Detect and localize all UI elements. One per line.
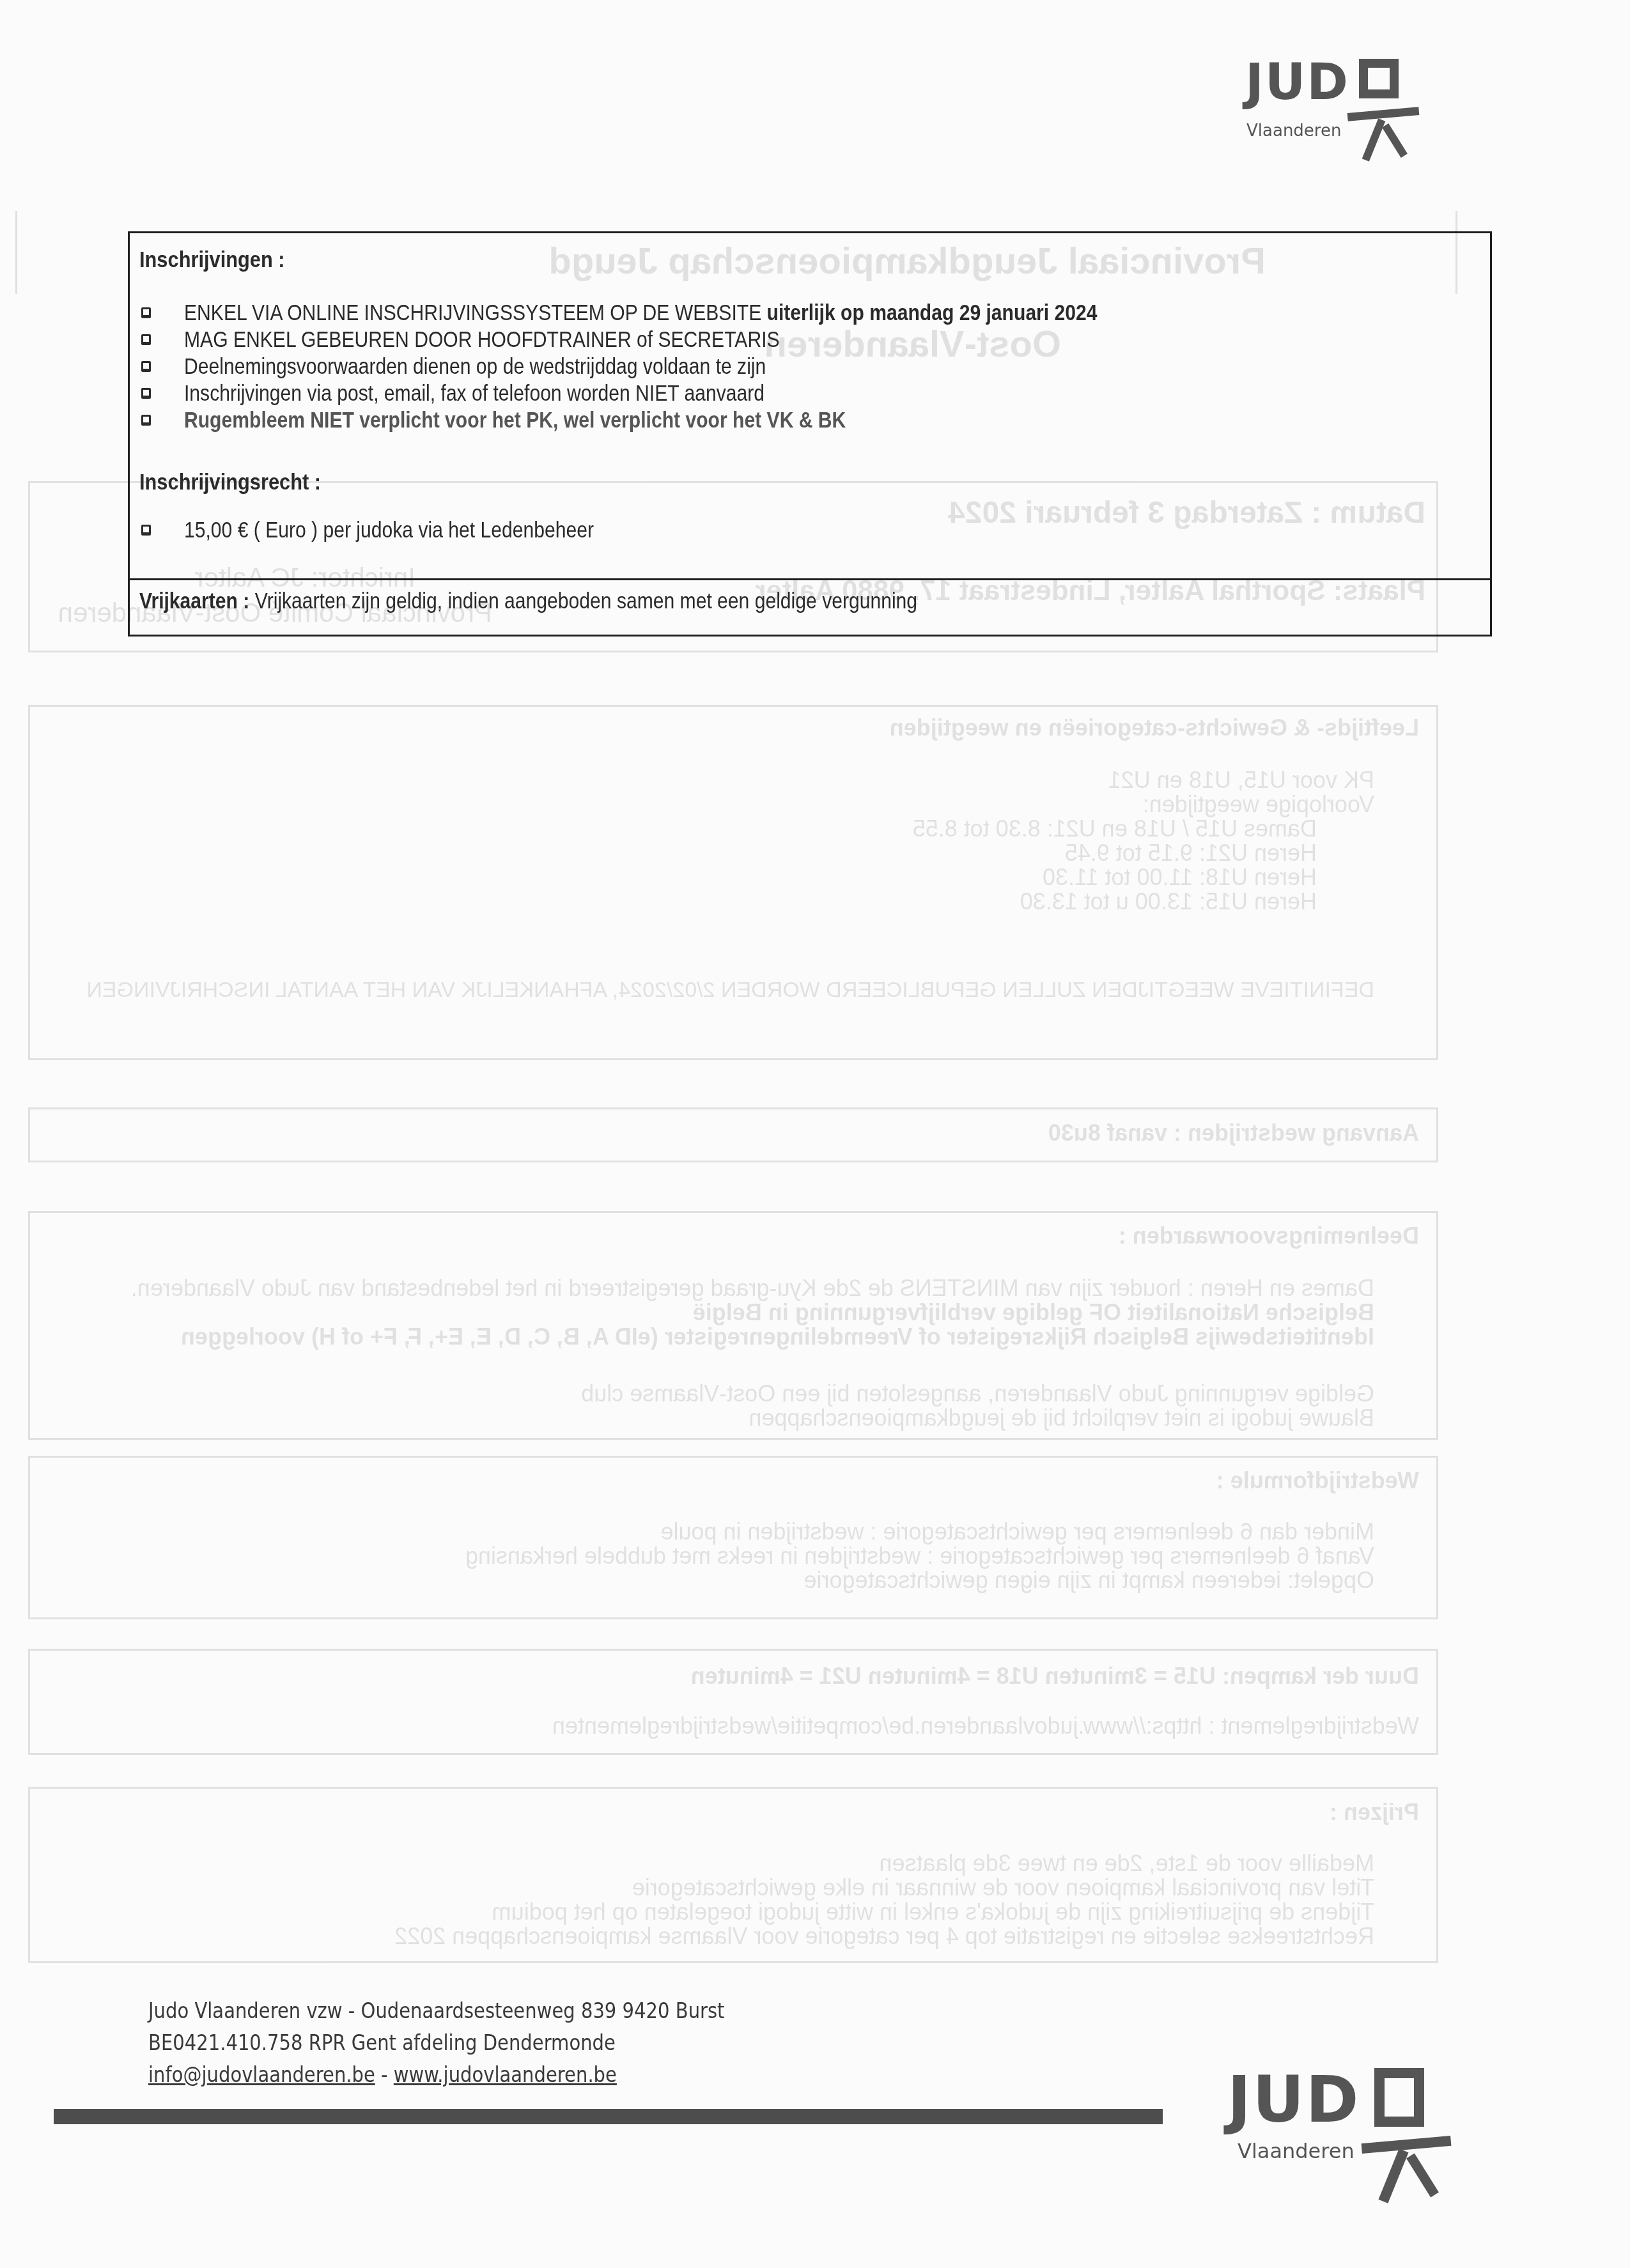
ghost-start-box <box>28 1107 1438 1162</box>
fee-text: 15,00 € ( Euro ) per judoka via het Lede… <box>184 517 594 544</box>
footer-line-2: BE0421.410.758 RPR Gent afdeling Denderm… <box>148 2027 724 2059</box>
ghost-start: Aanvang wedstrijden : vanaf 8u30 <box>1048 1120 1419 1146</box>
free-tickets-text: Vrijkaarten zijn geldig, indien aangebod… <box>255 589 917 613</box>
logo-square-icon <box>1374 2068 1424 2127</box>
checkbox-bullet-icon <box>141 307 151 318</box>
list-item: 15,00 € ( Euro ) per judoka via het Lede… <box>139 517 660 544</box>
ghost-rules: Wedstrijdreglement : https://www.judovla… <box>552 1713 1419 1740</box>
registration-heading: Inschrijvingen : <box>139 247 285 273</box>
logo-wordmark: JUD <box>1245 58 1349 107</box>
judo-vlaanderen-footer-logo: JUD Vlaanderen <box>1227 2064 1470 2198</box>
footer-line-1: Judo Vlaanderen vzw - Oudenaardsesteenwe… <box>148 1995 724 2027</box>
ghost-category: Dames U15 / U18 en U21: 8.30 tot 8.55 <box>913 815 1317 842</box>
list-item: Rugembleem NIET verplicht voor het PK, w… <box>139 407 1246 434</box>
footer-address: Judo Vlaanderen vzw - Oudenaardsesteenwe… <box>148 1995 803 2091</box>
checkbox-bullet-icon <box>141 415 151 426</box>
ghost-format-item: Minder dan 6 deelnemers per gewichtscate… <box>660 1518 1374 1545</box>
list-item: MAG ENKEL GEBEUREN DOOR HOOFDTRAINER of … <box>139 327 1246 353</box>
logo-belt-icon <box>1347 107 1420 121</box>
footer-contact: info@judovlaanderen.be - www.judovlaande… <box>148 2059 724 2091</box>
ghost-category: Heren U15: 13.00 u tot 13.30 <box>1020 888 1317 915</box>
logo-wordmark: JUD <box>1227 2068 1360 2132</box>
logo-belt-end-icon <box>1362 118 1386 162</box>
list-item: Deelnemingsvoorwaarden dienen op de weds… <box>139 353 1246 380</box>
ghost-category: Voorlopige weegtijden: <box>1143 791 1374 818</box>
ghost-format-title: Wedstrijdformule : <box>1216 1467 1419 1494</box>
ghost-prize: Medaille voor de 1ste, 2de en twee 3de p… <box>879 1850 1374 1877</box>
checkbox-bullet-icon <box>141 361 151 372</box>
list-item: ENKEL VIA ONLINE INSCHRIJVINGSSYSTEEM OP… <box>139 300 1246 327</box>
logo-belt-end-icon <box>1378 2148 1408 2203</box>
ghost-duration: Duur der kampen: U15 = 3minuten U18 = 4m… <box>691 1663 1419 1690</box>
footer-separator: - <box>375 2062 394 2087</box>
ghost-format-item: Opgelet: iedereen kampt in zijn eigen ge… <box>803 1567 1374 1594</box>
ghost-category: Heren U21: 9.15 tot 9.45 <box>1065 840 1317 867</box>
item-text: Rugembleem NIET verplicht voor het PK, w… <box>184 407 846 434</box>
ghost-condition: Belgische Nationaliteit OF geldige verbl… <box>693 1299 1374 1326</box>
ghost-categories-box <box>28 705 1438 1060</box>
ghost-condition: Dames en Heren : houder zijn van MINSTEN… <box>131 1275 1374 1302</box>
checkbox-bullet-icon <box>141 525 151 536</box>
logo-subtitle: Vlaanderen <box>1238 2141 1354 2161</box>
ghost-categories-title: Leeftijds- & Gewichts-categorieën en wee… <box>890 714 1419 741</box>
free-tickets-label: Vrijkaarten : <box>139 589 249 613</box>
ghost-prize: Titel van provinciaal kampioen voor de w… <box>632 1874 1374 1901</box>
judo-vlaanderen-logo: JUD Vlaanderen <box>1245 51 1431 147</box>
checkbox-bullet-icon <box>141 334 151 345</box>
ghost-prizes-box <box>28 1787 1438 1963</box>
ghost-duration-box <box>28 1649 1438 1755</box>
website-link[interactable]: www.judovlaanderen.be <box>394 2062 617 2087</box>
logo-square-icon <box>1359 59 1399 98</box>
item-text: MAG ENKEL GEBEUREN DOOR HOOFDTRAINER of … <box>184 327 780 353</box>
ghost-prize: Rechtstreekse selectie en registratie to… <box>394 1923 1374 1950</box>
ghost-category: Heren U18: 11.00 tot 11.30 <box>1043 864 1317 891</box>
deadline-text: uiterlijk op maandag 29 januari 2024 <box>767 300 1098 325</box>
checkbox-bullet-icon <box>141 388 151 399</box>
registration-list: ENKEL VIA ONLINE INSCHRIJVINGSSYSTEEM OP… <box>139 300 1246 434</box>
logo-subtitle: Vlaanderen <box>1246 123 1341 139</box>
ghost-conditions-title: Deelnemingsvoorwaarden : <box>1119 1223 1419 1249</box>
item-text: Inschrijvingen via post, email, fax of t… <box>184 380 765 407</box>
free-tickets-row: Vrijkaarten : Vrijkaarten zijn geldig, i… <box>139 589 917 614</box>
ghost-format-box <box>28 1456 1438 1619</box>
section-divider <box>130 578 1490 580</box>
logo-belt-end-icon <box>1406 2153 1439 2197</box>
ghost-conditions-box <box>28 1211 1438 1440</box>
ghost-condition: Identiteitsbewijs Belgisch Rijksregister… <box>181 1323 1374 1350</box>
item-text: ENKEL VIA ONLINE INSCHRIJVINGSSYSTEEM OP… <box>184 300 761 325</box>
ghost-category: PK voor U15, U18 en U21 <box>1108 767 1374 794</box>
item-text: Deelnemingsvoorwaarden dienen op de weds… <box>184 353 766 380</box>
ghost-condition: Blauwe judogi is niet verplicht bij de j… <box>749 1405 1374 1431</box>
ghost-prize: Tijdens de prijsuitreiking zijn de judok… <box>492 1899 1374 1925</box>
ghost-condition: Geldige vergunning Judo Vlaanderen, aang… <box>581 1380 1374 1407</box>
email-link[interactable]: info@judovlaanderen.be <box>148 2062 375 2087</box>
logo-belt-end-icon <box>1382 123 1408 158</box>
ghost-format-item: Vanaf 6 deelnemers per gewichtscategorie… <box>465 1543 1374 1570</box>
fee-list: 15,00 € ( Euro ) per judoka via het Lede… <box>139 517 660 544</box>
fee-heading: Inschrijvingsrecht : <box>139 470 321 495</box>
registration-info-box: Inschrijvingen : ENKEL VIA ONLINE INSCHR… <box>128 231 1492 636</box>
footer-bar <box>54 2109 1163 2124</box>
ghost-prizes-title: Prijzen : <box>1330 1799 1419 1826</box>
list-item: Inschrijvingen via post, email, fax of t… <box>139 380 1246 407</box>
ghost-category: DEFINITIEVE WEEGTIJDEN ZULLEN GEPUBLICEE… <box>86 978 1374 1003</box>
